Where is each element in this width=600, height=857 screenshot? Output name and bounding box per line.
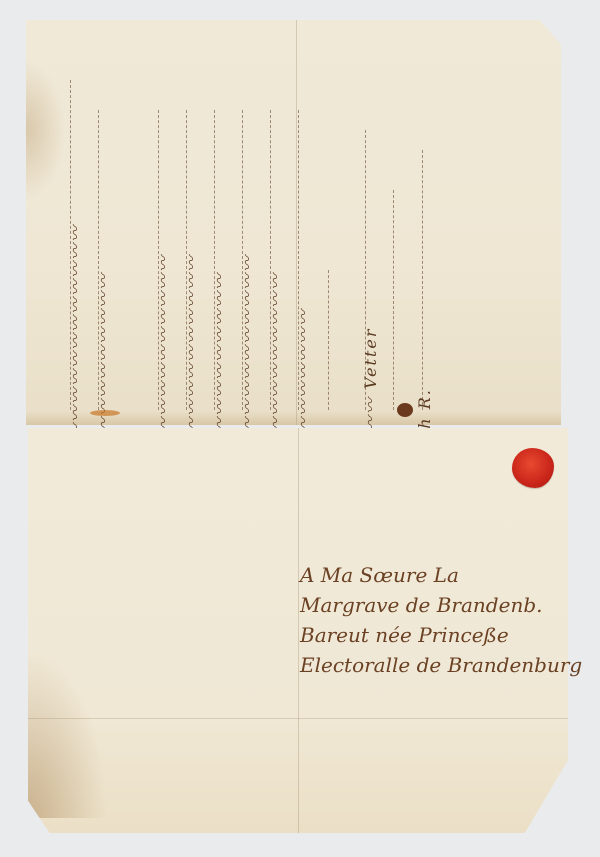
letter-line: 〰〰〰〰〰〰〰〰〰〰〰〰 (186, 110, 209, 410)
paper-stain (90, 410, 120, 416)
address-line: Bareut née Princeße (300, 620, 570, 650)
letter-line: 〰〰〰〰 (328, 270, 351, 410)
letter-line: 〰〰〰〰〰〰〰〰〰 (298, 110, 321, 410)
dateline-month-year: Decembr. 1709 (408, 260, 430, 410)
horizontal-fold-line (28, 718, 568, 719)
vertical-fold-line (298, 428, 299, 833)
address-block: A Ma Sœure La Margrave de Brandenb. Bare… (300, 560, 570, 680)
letter-line: 〰〰〰〰〰〰〰〰〰〰〰〰 (158, 110, 181, 410)
letter-sheet: 〰〰〰〰〰〰〰〰〰〰〰〰 〰〰〰〰〰〰〰〰〰〰〰 〰〰〰〰〰〰〰〰〰〰〰〰 〰〰… (0, 0, 600, 857)
address-line: Margrave de Brandenb. (300, 590, 570, 620)
wax-seal (512, 448, 554, 488)
letter-line: 〰〰〰〰〰〰〰〰〰〰〰 (214, 110, 237, 410)
letter-line: 〰〰〰〰〰〰〰〰〰〰〰 (98, 110, 121, 410)
letter-line: 〰〰〰〰〰〰〰〰〰〰〰 (270, 110, 293, 410)
letter-line: 〰〰〰〰〰〰〰〰〰〰〰〰 (242, 110, 265, 410)
ink-blot (397, 403, 413, 417)
address-line: Electoralle de Brandenburg (300, 650, 570, 680)
letter-body: 〰〰〰〰〰〰〰〰〰〰〰〰 〰〰〰〰〰〰〰〰〰〰〰 〰〰〰〰〰〰〰〰〰〰〰〰 〰〰… (40, 30, 520, 410)
address-line: A Ma Sœure La (300, 560, 570, 590)
letter-line: 〰〰〰〰〰〰〰〰〰〰〰〰 (70, 80, 93, 410)
